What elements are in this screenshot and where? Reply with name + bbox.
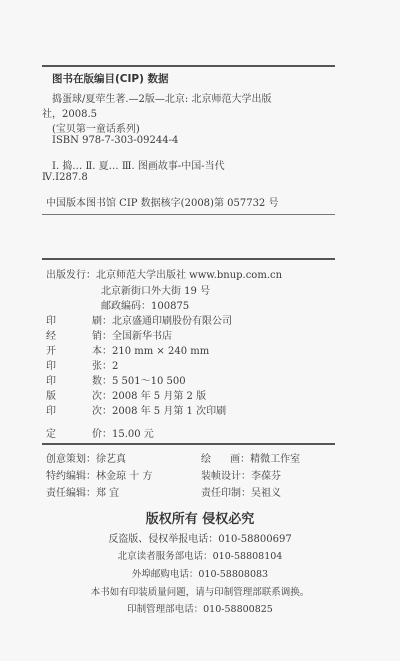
row-value: 2008 年 5 月第 1 次印刷: [112, 406, 226, 417]
credit-creative: 创意策划：徐艺真: [46, 450, 126, 465]
row-label-suffix: 本：: [92, 346, 112, 357]
credit-value: 郑 宜: [96, 488, 119, 499]
row-label-suffix: 次：: [92, 406, 112, 417]
row-label: 印: [46, 402, 92, 417]
row-label-suffix: 价：: [92, 429, 112, 440]
credit-value: 精微工作室: [250, 454, 300, 465]
credit-label: 绘 画：: [201, 454, 250, 465]
info-row-printing: 印次：2008 年 5 月第 1 次印刷: [46, 402, 226, 417]
row-value: 北京盛通印刷股份有限公司: [112, 316, 232, 327]
row-value: 2008 年 5 月第 2 版: [112, 391, 206, 402]
cip-classification: Ⅰ. 捣… Ⅱ. 夏… Ⅲ. 图画故事-中国-当代: [52, 157, 225, 172]
cip-line-2: 社，2008.5: [42, 105, 97, 120]
credit-value: 徐艺真: [96, 454, 126, 465]
row-label: 经: [46, 327, 92, 342]
cip-isbn: ISBN 978-7-303-09244-4: [52, 135, 178, 146]
cip-bottom-rule: [42, 214, 335, 215]
credit-value: 吴祖义: [251, 488, 281, 499]
row-label-suffix: 销：: [92, 331, 112, 342]
publisher-value: 北京师范大学出版社 www.bnup.com.cn: [96, 270, 282, 281]
publisher-row: 出版发行：北京师范大学出版社 www.bnup.com.cn: [46, 266, 282, 281]
row-value: 全国新华书店: [112, 331, 172, 342]
credit-label: 责任印制：: [201, 488, 251, 499]
row-label: 版: [46, 387, 92, 402]
row-label: 开: [46, 342, 92, 357]
copyright-line-quality-notice: 本书如有印装质量问题，请与印制管理部联系调换。: [0, 584, 400, 598]
copyright-line-print-dept: 印制管理部电话：010-58800825: [0, 601, 400, 615]
credit-print-supervisor: 责任印制：吴祖义: [201, 484, 281, 499]
cip-classification-2: Ⅳ.I287.8: [42, 172, 88, 183]
credit-label: 创意策划：: [46, 454, 96, 465]
info-row-format: 开本：210 mm × 240 mm: [46, 342, 209, 357]
credit-illustration: 绘 画：精微工作室: [201, 450, 300, 465]
credit-value: 李葆芬: [251, 471, 281, 482]
credit-value: 林金琼 十 方: [96, 471, 152, 482]
credit-responsible-editor: 责任编辑：郑 宜: [46, 484, 119, 499]
copyright-line-mail-order: 外埠邮购电话：010-58808083: [0, 566, 400, 580]
row-label-suffix: 张：: [92, 361, 112, 372]
row-label-suffix: 数：: [92, 376, 112, 387]
top-rule: [42, 65, 335, 67]
credit-special-editor: 特约编辑：林金琼 十 方: [46, 467, 152, 482]
row-label: 定: [46, 425, 92, 440]
cip-header: 图书在版编目(CIP) 数据: [52, 71, 169, 86]
info-row-edition: 版次：2008 年 5 月第 2 版: [46, 387, 206, 402]
row-value: 5 501～10 500: [112, 376, 186, 387]
row-value: 210 mm × 240 mm: [112, 346, 209, 357]
row-label-suffix: 刷：: [92, 316, 112, 327]
info-row-distributor: 经销：全国新华书店: [46, 327, 172, 342]
row-value: 15.00 元: [112, 429, 154, 440]
credit-label: 责任编辑：: [46, 488, 96, 499]
row-label-suffix: 次：: [92, 391, 112, 402]
price-rule: [42, 443, 335, 445]
credit-label: 装帧设计：: [201, 471, 251, 482]
publisher-label: 出版发行：: [46, 270, 96, 281]
row-label: 印: [46, 357, 92, 372]
copyright-line-antipiracy: 反盗版、侵权举报电话：010-58800697: [0, 530, 400, 545]
cip-series: (宝贝第一童话系列): [52, 120, 140, 135]
info-row-printer: 印刷：北京盛通印刷股份有限公司: [46, 312, 232, 327]
info-row-sheets: 印张：2: [46, 357, 118, 372]
copyright-line-reader-service: 北京读者服务部电话：010-58808104: [0, 548, 400, 562]
publisher-address: 北京新街口外大街 19 号: [101, 282, 210, 297]
row-label: 印: [46, 372, 92, 387]
info-row-print-run: 印数：5 501～10 500: [46, 372, 186, 387]
credit-label: 特约编辑：: [46, 471, 96, 482]
info-row-price: 定价：15.00 元: [46, 425, 154, 440]
cip-line-1: 捣蛋球/夏荦生著.—2版—北京: 北京师范大学出版: [52, 90, 271, 105]
row-label: 印: [46, 312, 92, 327]
publisher-postcode: 邮政编码：100875: [101, 297, 189, 312]
credit-design: 装帧设计：李葆芬: [201, 467, 281, 482]
cip-number: 中国版本图书馆 CIP 数据核字(2008)第 057732 号: [46, 194, 278, 209]
row-value: 2: [112, 361, 118, 372]
publication-top-rule: [42, 258, 335, 260]
copyright-title: 版权所有 侵权必究: [0, 508, 400, 527]
